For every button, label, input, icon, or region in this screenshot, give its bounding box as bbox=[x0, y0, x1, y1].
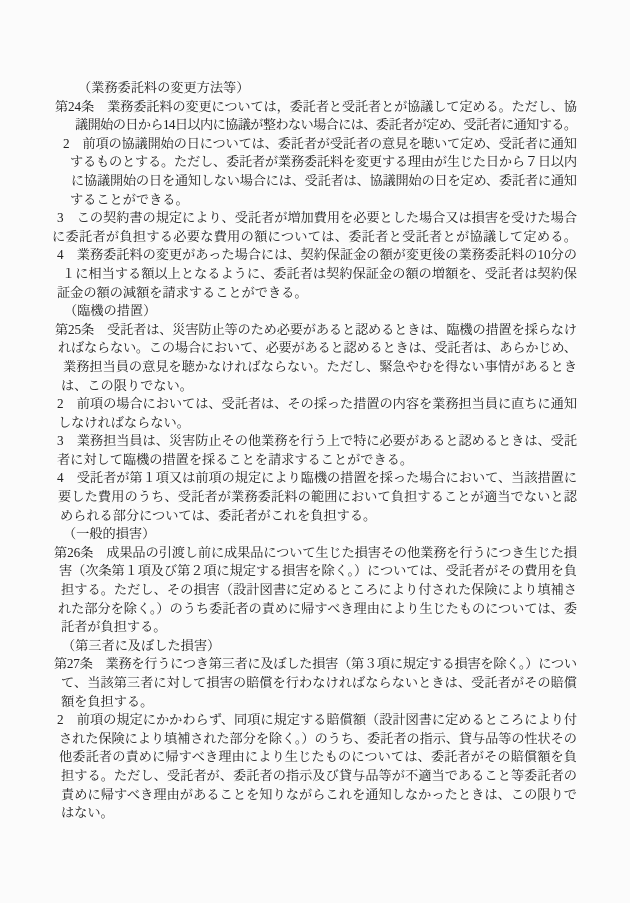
line-text: められる部分については、委託者がこれを負担する。 bbox=[60, 507, 376, 526]
line-text: （第三者に及ぼした損害） bbox=[62, 637, 220, 656]
line-text: 3 この契約書の規定により、受託者が増加費用を必要とした場合又は損害を受けた場合 bbox=[57, 209, 577, 228]
line-text: 第25条 受託者は、災害防止等のため必要があると認めるときは、臨機の措置を採らな… bbox=[55, 321, 577, 340]
continuation-line: 者に対して臨機の措置を採ることを請求することができる。 bbox=[57, 451, 630, 470]
line-text: 担する。ただし、受託者が、委託者の指示及び貸与品等が不適当であること等委託者の bbox=[61, 767, 577, 786]
line-text: 要した費用のうち、受託者が業務委託料の範囲において負担することが適当でないと認 bbox=[58, 488, 577, 507]
continuation-line: することができる。 bbox=[70, 191, 630, 210]
continuation-line: は、この限りでない。 bbox=[61, 377, 630, 396]
contract-text-block: （業務委託料の変更方法等）第24条 業務委託料の変更については，委託者と受託者と… bbox=[0, 79, 630, 823]
line-text: に協議開始の日を通知しない場合には、受託者は、協議開始の日を定め、委託者に通知 bbox=[71, 172, 577, 191]
continuation-line: められる部分については、委託者がこれを負担する。 bbox=[60, 507, 630, 526]
section-heading-line: （一般的損害） bbox=[63, 525, 630, 544]
line-text: 者に対して臨機の措置を採ることを請求することができる。 bbox=[57, 451, 413, 470]
section-heading-line: （業務委託料の変更方法等） bbox=[78, 79, 630, 98]
continuation-line: れた部分を除く。）のうち委託者の責めに帰すべき理由により生じたものについては、委 bbox=[58, 600, 630, 619]
continuation-line: 議開始の日から14日以内に協議が整わない場合には、委託者が定め、受託者に通知する… bbox=[75, 116, 630, 135]
line-text: 他委託者の責めに帰すべき理由により生じたものについては、委託者がその賠償額を負 bbox=[59, 748, 577, 767]
article-line: 第25条 受託者は、災害防止等のため必要があると認めるときは、臨機の措置を採らな… bbox=[55, 321, 630, 340]
continuation-line: １に相当する額以上となるように、委託者は契約保証金の額の増額を、受託者は契約保 bbox=[62, 265, 630, 284]
article-line: 第26条 成果品の引渡し前に成果品について生じた損害その他業務を行うにつき生じた… bbox=[54, 544, 630, 563]
continuation-line: 責めに帰すべき理由があることを知りながらこれを通知しなかったときは、この限りで bbox=[61, 786, 630, 805]
line-text: れた部分を除く。）のうち委託者の責めに帰すべき理由により生じたものについては、委 bbox=[58, 600, 577, 619]
line-text: に委託者が負担する必要な費用の額については、委託者と受託者とが協議して定める。 bbox=[52, 228, 577, 247]
line-text: 第26条 成果品の引渡し前に成果品について生じた損害その他業務を行うにつき生じた… bbox=[54, 544, 577, 563]
line-text: 2 前項の協議開始の日については、委託者が受託者の意見を聴いて定め、受託者に通知 bbox=[63, 135, 577, 154]
line-text: ればならない。この場合において、必要があると認めるときは、受託者は、あらかじめ、 bbox=[58, 339, 577, 358]
line-text: 4 受託者が第１項又は前項の規定により臨機の措置を採った場合において、当該措置に bbox=[57, 469, 577, 488]
line-text: 害（次条第１項及び第２項に規定する損害を除く。）については、受託者がその費用を負 bbox=[59, 562, 577, 581]
line-text: はない。 bbox=[61, 804, 114, 823]
continuation-line: しなければならない。 bbox=[58, 414, 630, 433]
line-text: 担する。ただし、その損害（設計図書に定めるところにより付された保険により填補さ bbox=[61, 581, 577, 600]
line-text: １に相当する額以上となるように、委託者は契約保証金の額の増額を、受託者は契約保 bbox=[62, 265, 577, 284]
line-text: することができる。 bbox=[70, 191, 189, 210]
numbered-paragraph-line: 4 受託者が第１項又は前項の規定により臨機の措置を採った場合において、当該措置に bbox=[57, 469, 630, 488]
continuation-line: 額を負担する。 bbox=[61, 693, 630, 712]
numbered-paragraph-line: 3 業務担当員は、災害防止その他業務を行う上で特に必要があると認めるときは、受託 bbox=[57, 432, 630, 451]
numbered-paragraph-line: 2 前項の規定にかかわらず、同項に規定する賠償額（設計図書に定めるところにより付 bbox=[57, 711, 630, 730]
line-text: 議開始の日から14日以内に協議が整わない場合には、委託者が定め、受託者に通知する… bbox=[75, 116, 576, 135]
numbered-paragraph-line: 2 前項の協議開始の日については、委託者が受託者の意見を聴いて定め、受託者に通知 bbox=[63, 135, 630, 154]
line-text: された保険により填補された部分を除く。）のうち、委託者の指示、貸与品等の性状その bbox=[59, 730, 577, 749]
article-line: 第24条 業務委託料の変更については，委託者と受託者とが協議して定める。ただし、… bbox=[55, 98, 630, 117]
line-text: 2 前項の規定にかかわらず、同項に規定する賠償額（設計図書に定めるところにより付 bbox=[57, 711, 577, 730]
continuation-line: された保険により填補された部分を除く。）のうち、委託者の指示、貸与品等の性状その bbox=[59, 730, 630, 749]
line-text: （一般的損害） bbox=[63, 525, 155, 544]
continuation-line: 証金の額の減額を請求することができる。 bbox=[57, 284, 630, 303]
line-text: 4 業務委託料の変更があった場合には、契約保証金の額が変更後の業務委託料の10分… bbox=[57, 246, 577, 265]
line-text: は、この限りでない。 bbox=[61, 377, 193, 396]
section-heading-line: （臨機の措置） bbox=[64, 302, 630, 321]
line-text: 第24条 業務委託料の変更については，委託者と受託者とが協議して定める。ただし、… bbox=[55, 98, 577, 117]
line-text: 業務担当員の意見を聴かなければならない。ただし、緊急やむを得ない事情があるとき bbox=[63, 358, 577, 377]
continuation-line: 託者が負担する。 bbox=[61, 618, 630, 637]
continuation-line: 担する。ただし、その損害（設計図書に定めるところにより付された保険により填補さ bbox=[61, 581, 630, 600]
article-line: 第27条 業務を行うにつき第三者に及ぼした損害（第３項に規定する損害を除く。）に… bbox=[54, 655, 630, 674]
continuation-line: はない。 bbox=[61, 804, 630, 823]
numbered-paragraph-line: 4 業務委託料の変更があった場合には、契約保証金の額が変更後の業務委託料の10分… bbox=[57, 246, 630, 265]
line-text: （業務委託料の変更方法等） bbox=[78, 79, 249, 98]
line-text: 責めに帰すべき理由があることを知りながらこれを通知しなかったときは、この限りで bbox=[61, 786, 577, 805]
line-text: て、当該第三者に対して損害の賠償を行わなければならないときは、受託者がその賠償 bbox=[61, 674, 577, 693]
continuation-line: 他委託者の責めに帰すべき理由により生じたものについては、委託者がその賠償額を負 bbox=[59, 748, 630, 767]
continuation-line: 業務担当員の意見を聴かなければならない。ただし、緊急やむを得ない事情があるとき bbox=[63, 358, 630, 377]
continuation-line: 担する。ただし、受託者が、委託者の指示及び貸与品等が不適当であること等委託者の bbox=[61, 767, 630, 786]
continuation-line: ればならない。この場合において、必要があると認めるときは、受託者は、あらかじめ、 bbox=[58, 339, 630, 358]
continuation-line: 害（次条第１項及び第２項に規定する損害を除く。）については、受託者がその費用を負 bbox=[59, 562, 630, 581]
line-text: 2 前項の場合においては、受託者は、その採った措置の内容を業務担当員に直ちに通知 bbox=[57, 395, 577, 414]
continuation-line: て、当該第三者に対して損害の賠償を行わなければならないときは、受託者がその賠償 bbox=[61, 674, 630, 693]
line-text: するものとする。ただし、委託者が業務委託料を変更する理由が生じた日から７日以内 bbox=[70, 153, 577, 172]
line-text: しなければならない。 bbox=[58, 414, 190, 433]
line-text: 証金の額の減額を請求することができる。 bbox=[57, 284, 308, 303]
line-text: 額を負担する。 bbox=[61, 693, 153, 712]
document-page: （業務委託料の変更方法等）第24条 業務委託料の変更については，委託者と受託者と… bbox=[0, 0, 630, 903]
line-text: 第27条 業務を行うにつき第三者に及ぼした損害（第３項に規定する損害を除く。）に… bbox=[54, 655, 577, 674]
numbered-paragraph-line: 3 この契約書の規定により、受託者が増加費用を必要とした場合又は損害を受けた場合 bbox=[57, 209, 630, 228]
continuation-line: するものとする。ただし、委託者が業務委託料を変更する理由が生じた日から７日以内 bbox=[70, 153, 630, 172]
section-heading-line: （第三者に及ぼした損害） bbox=[62, 637, 630, 656]
line-text: 3 業務担当員は、災害防止その他業務を行う上で特に必要があると認めるときは、受託 bbox=[57, 432, 577, 451]
continuation-line: に協議開始の日を通知しない場合には、受託者は、協議開始の日を定め、委託者に通知 bbox=[71, 172, 630, 191]
line-text: （臨機の措置） bbox=[64, 302, 156, 321]
continuation-line: に委託者が負担する必要な費用の額については、委託者と受託者とが協議して定める。 bbox=[52, 228, 630, 247]
line-text: 託者が負担する。 bbox=[61, 618, 167, 637]
numbered-paragraph-line: 2 前項の場合においては、受託者は、その採った措置の内容を業務担当員に直ちに通知 bbox=[57, 395, 630, 414]
continuation-line: 要した費用のうち、受託者が業務委託料の範囲において負担することが適当でないと認 bbox=[58, 488, 630, 507]
